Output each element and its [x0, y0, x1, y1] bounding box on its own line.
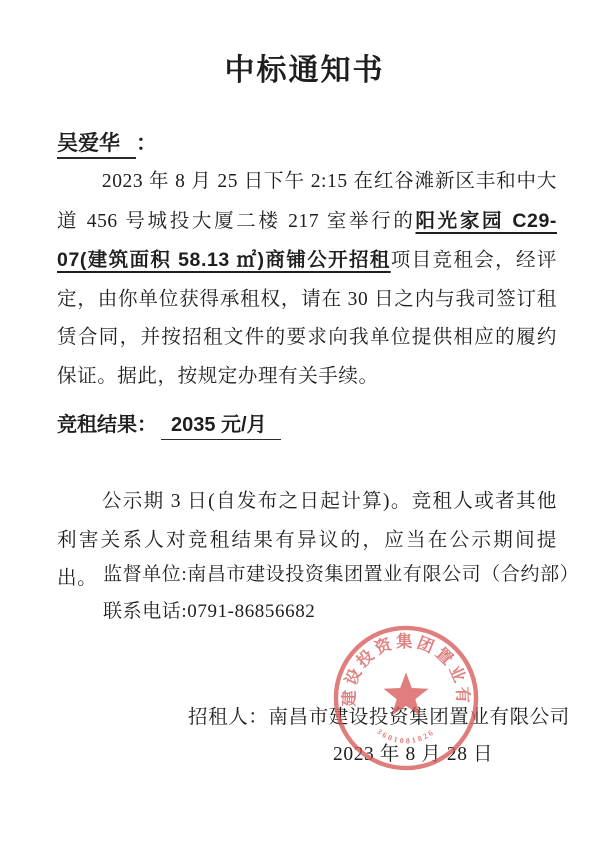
contact-phone-line: 联系电话:0791-86856682: [57, 596, 315, 623]
lessor-label: 招租人：: [188, 707, 268, 728]
seal-company-name: 南昌市建设投资集团置业有限公司: [332, 624, 473, 707]
lessor-company-name: 南昌市建设投资集团置业有限公司: [268, 707, 570, 728]
svg-text:南昌市建设投资集团置业有限公司: 南昌市建设投资集团置业有限公司: [332, 624, 473, 707]
main-paragraph: 2023 年 8 月 25 日下午 2:15 在红谷滩新区丰和中大道 456 号…: [57, 163, 557, 397]
bid-result-value: 2035 元/月: [161, 408, 281, 440]
addressee-name: 吴爱华: [57, 127, 136, 159]
signature-date: 2023 年 8 月 28 日: [333, 738, 493, 766]
lessor-signature-line: 招租人：南昌市建设投资集团置业有限公司: [188, 701, 570, 729]
document-title: 中标通知书: [0, 45, 609, 89]
bid-result-label: 竞租结果：: [57, 414, 157, 436]
notice-document-page: 中标通知书 吴爱华： 2023 年 8 月 25 日下午 2:15 在红谷滩新区…: [0, 0, 609, 851]
supervisor-unit-line: 监督单位:南昌市建设投资集团置业有限公司（合约部）: [57, 559, 579, 586]
bid-result-line: 竞租结果：2035 元/月: [57, 408, 281, 440]
addressee-line: 吴爱华：: [57, 127, 157, 159]
addressee-colon: ：: [136, 132, 157, 155]
